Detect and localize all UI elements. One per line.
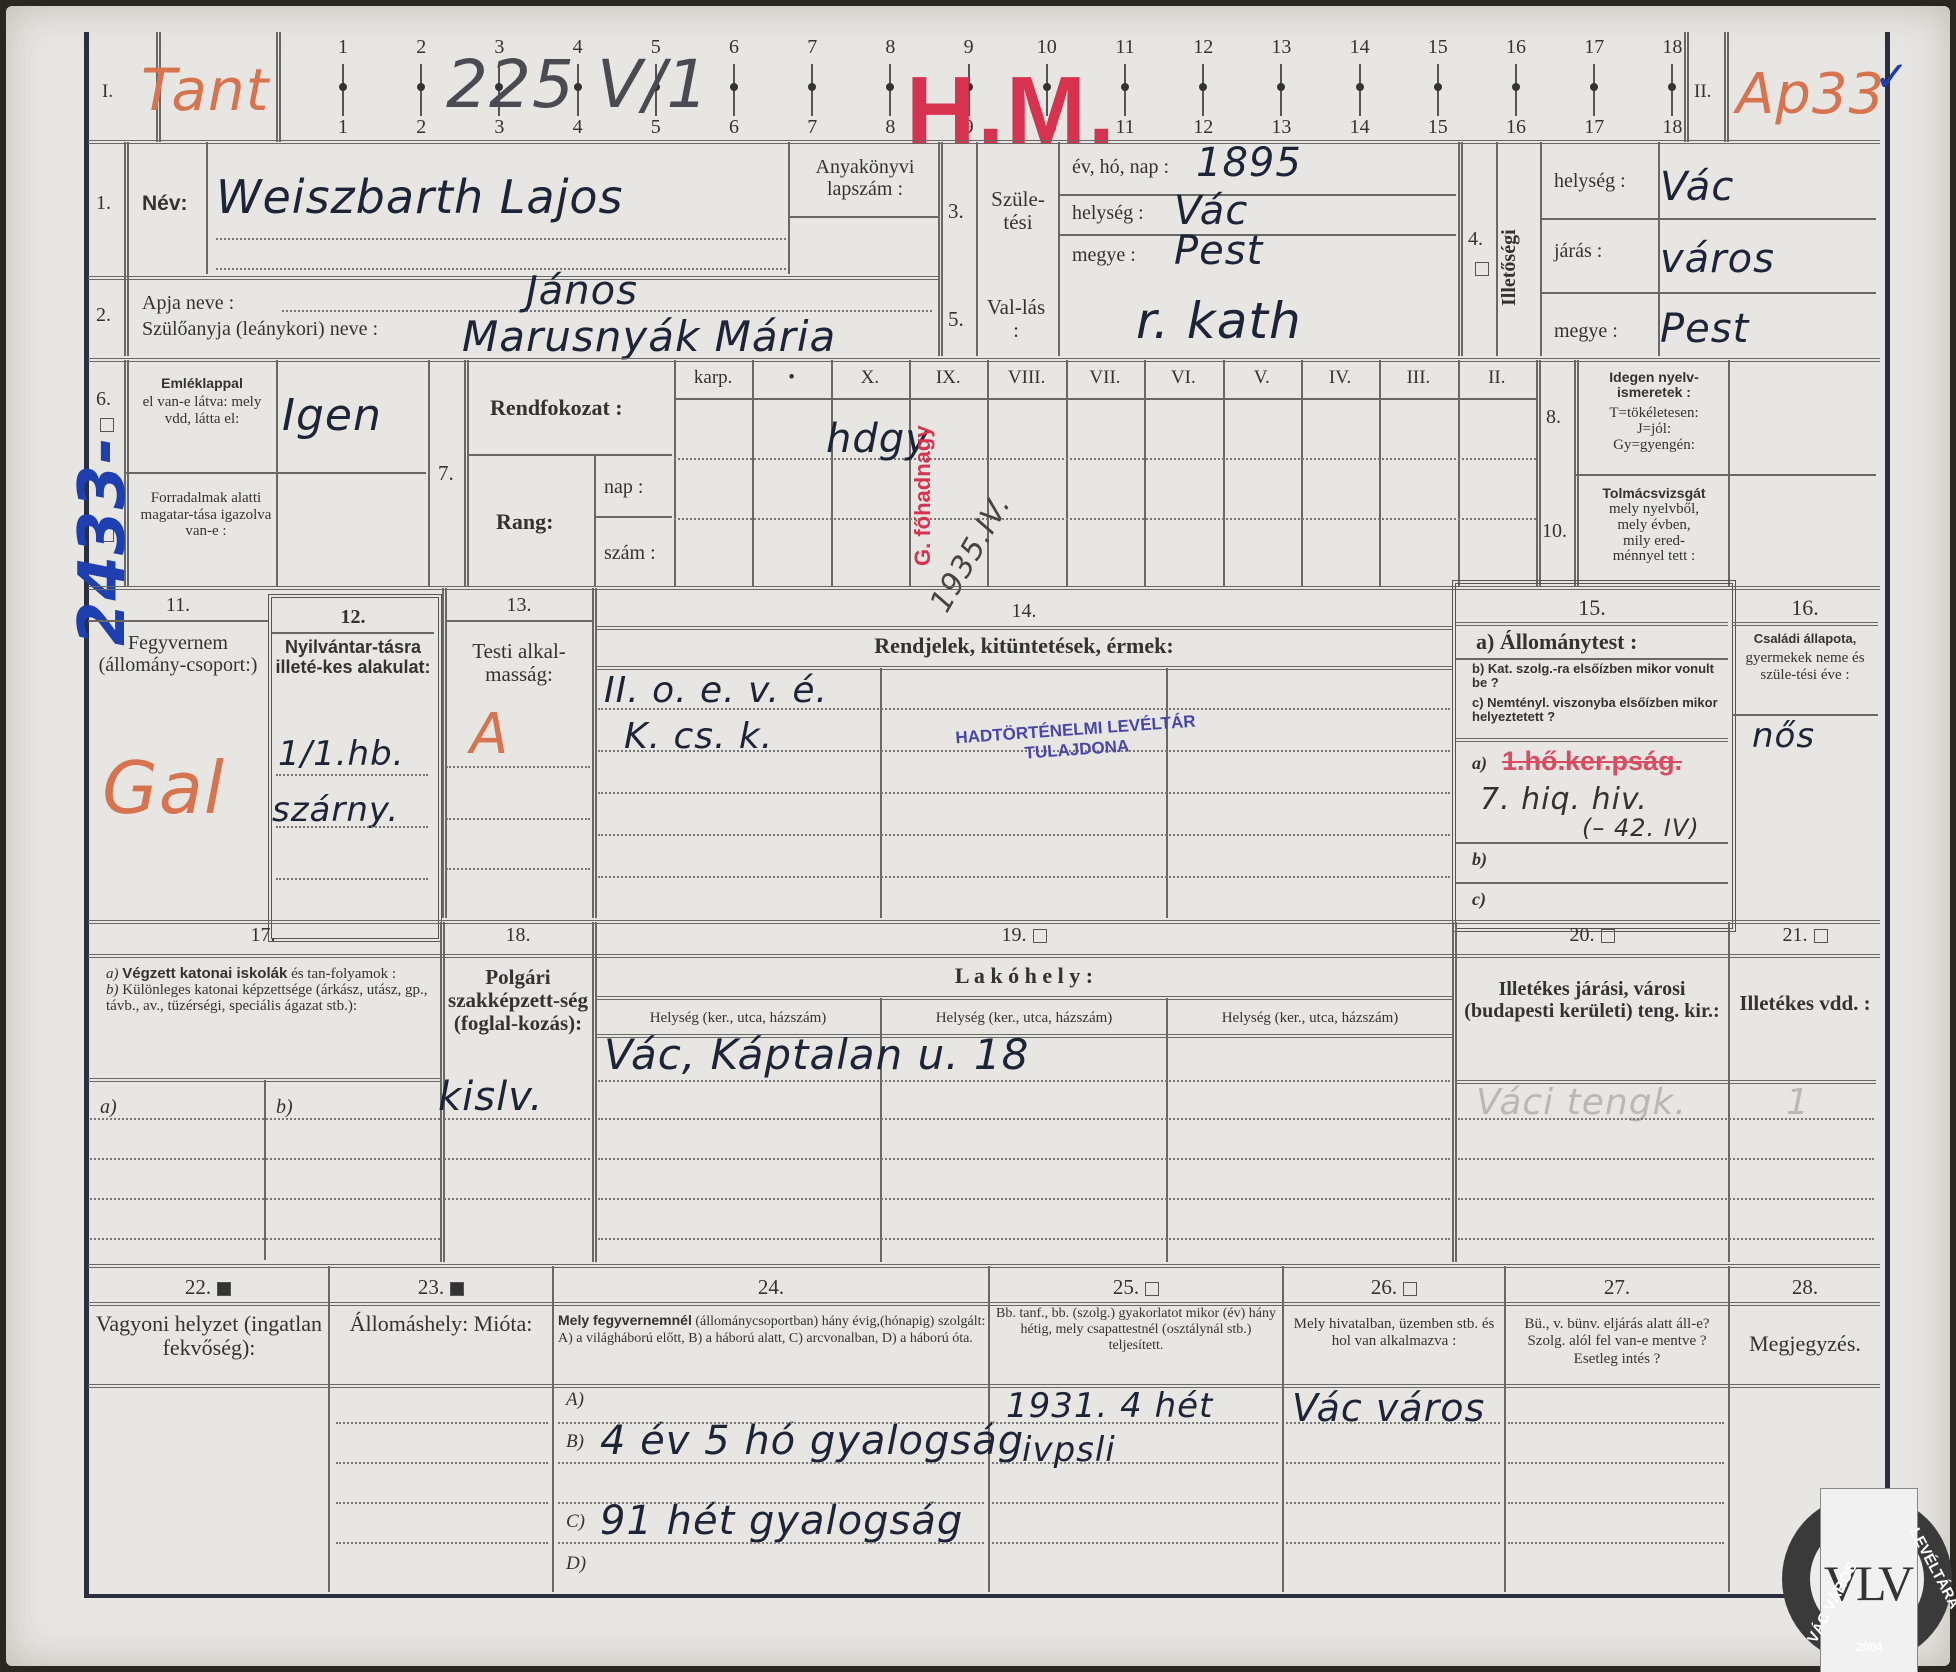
allomanytest-value-2[interactable]: (– 42. IV) [1582,814,1700,842]
sec12-num: 12. [272,606,434,628]
grade-column-label: karp. [674,368,752,389]
vagyoni-label: Vagyoni helyzet (ingatlan fekvőség): [94,1312,324,1360]
logo-year: 2004 [1856,1640,1883,1654]
csaladi-label-bold: Családi állapota, [1730,632,1880,646]
bb-tanf-value-1[interactable]: 1931. 4 hét [1006,1386,1213,1426]
language-title: Idegen nyelv-ismeretek : [1580,370,1728,401]
grade-column-line [1144,360,1146,586]
sec24-num: 24. [554,1276,988,1299]
allomashely-label: Állomáshely: Mióta: [336,1312,546,1336]
fegyvernem-value[interactable]: Gal [102,746,225,830]
grade-column-line [674,360,676,586]
sec10-num: 10. [1542,520,1567,542]
sec27-label: Bü., v. bünv. eljárás alatt áll-e? Szolg… [1508,1316,1726,1368]
sec21-num: 21. [1732,924,1878,946]
sec4-checkbox[interactable] [1475,262,1489,276]
sec1-num: 1. [96,192,111,214]
interpreter-line: mely évben, [1580,518,1728,534]
grade-column-label: • [752,368,830,389]
sec23-checkbox[interactable] [450,1282,464,1296]
rang-szam-label: szám : [604,542,656,564]
sec20-num: 20. [1456,924,1728,946]
domicile-district-value[interactable]: város [1660,236,1775,282]
emleklap-label-bold: Emléklappal [130,376,274,391]
handwritten-record-number: 225 V/1 [446,46,709,123]
teng-kir-value[interactable]: Váci tengk. [1476,1082,1687,1123]
service-row-label: D) [566,1554,586,1575]
sec15-c-marker: c) [1472,890,1486,910]
grade-column-line [1223,360,1225,586]
vac-archive-logo: VLV VÁC VÁROS LEVÉLTÁRA 2004 [1782,1494,1952,1664]
domicile-county-label: megye : [1554,320,1618,342]
name-label: Név: [142,192,188,215]
address-col-1: Helység (ker., utca, házszám) [596,1010,880,1027]
nyilvantartas-value-1[interactable]: 1/1.hb. [278,734,404,774]
sec26-label: Mely hivatalban, üzemben stb. és hol van… [1286,1316,1502,1351]
column-tick: 77 [799,36,825,59]
column-tick: 1212 [1190,36,1216,59]
sec26-num: 26. [1284,1276,1504,1299]
rang-nap-label: nap : [604,476,643,498]
rendfokozat-label: Rendfokozat : [490,396,623,420]
sec17-b-label: Különleges katonai képzettsége (árkász, … [106,982,428,1014]
column-tick: 1515 [1425,36,1451,59]
polgari-value[interactable]: kislv. [438,1074,543,1120]
grade-column-label: II. [1458,368,1536,389]
row-i-label: I. [102,82,113,103]
decoration-2[interactable]: K. cs. k. [624,716,773,757]
address-value[interactable]: Vác, Káptalan u. 18 [604,1030,1029,1079]
column-tick: 1313 [1268,36,1294,59]
grade-column-label: VI. [1144,368,1222,389]
forradalmak-label: Forradalmak alatti magatar-tása igazolva… [136,490,276,540]
csaladi-value[interactable]: nős [1752,716,1815,756]
sec24-label: Mely fegyvernemnél (állománycsoportban) … [558,1312,986,1348]
bb-tanf-value-2[interactable]: ivpsli [1022,1430,1116,1470]
sec15-a-marker: a) [1472,754,1487,774]
grade-column-label: IX. [909,368,987,389]
sec22-num-text: 22. [185,1275,211,1299]
interpreter-line: ménnyel tett : [1580,549,1728,565]
testi-value[interactable]: A [470,702,509,767]
domicile-place-label: helység : [1554,170,1626,192]
birth-county-label: megye : [1072,244,1136,266]
sec4-num: 4. [1468,228,1483,250]
sec15-b-marker: b) [1472,850,1487,870]
sec6-num: 6. [96,388,111,410]
sec25-label: Bb. tanf., bb. (szolg.) gyakorlatot miko… [992,1306,1280,1354]
domicile-county-value[interactable]: Pest [1660,306,1749,352]
language-lines: T=tökéletesen: J=jól: Gy=gyengén: [1580,406,1728,453]
sec18-num: 18. [444,924,592,946]
language-line: T=tökéletesen: [1580,406,1728,422]
csaladi-label: gyermekek neme és szüle-tési éve : [1732,650,1878,683]
column-tick: 88 [877,36,903,59]
service-row-label: A) [566,1390,584,1411]
column-tick: 1616 [1503,36,1529,59]
sec22-num: 22. [88,1276,328,1299]
service-row-label: B) [566,1432,584,1453]
sec13-num: 13. [446,594,592,616]
father-label: Apja neve : [142,292,234,314]
religion-label: Val-lás : [986,296,1046,342]
sec21-num-text: 21. [1783,924,1808,946]
sec19-num: 19. [596,924,1452,946]
sec23-num-text: 23. [418,1275,444,1299]
interpreter-line: mily ered- [1580,534,1728,550]
illetosegi-label: Illetőségi [1498,266,1520,306]
sec6-checkbox[interactable] [100,418,114,432]
domicile-district-label: járás : [1554,240,1602,262]
allomanytest-label: a) Állománytest : [1476,630,1637,654]
polgari-label: Polgári szakképzett-ség (foglal-kozás): [444,966,592,1035]
service-row-value[interactable]: 4 év 5 hó gyalogság [600,1418,1024,1464]
sec19-num-text: 19. [1002,924,1027,946]
birth-date-value[interactable]: 1895 [1196,140,1302,186]
sec27-num: 27. [1506,1276,1728,1299]
sec11-num: 11. [88,594,268,616]
column-tick: 1717 [1581,36,1607,59]
sec24-label-bold: Mely fegyvernemnél [558,1312,692,1328]
sec17-col-b: b) [276,1096,293,1118]
grade-column-label: VIII. [987,368,1065,389]
grade-column-line [1301,360,1303,586]
sec14-num: 14. [596,600,1452,622]
sec21-checkbox[interactable] [1814,929,1828,943]
column-tick: 22 [408,36,434,59]
rendjelek-label: Rendjelek, kitüntetések, érmek: [596,634,1452,658]
sec28-num: 28. [1730,1276,1880,1299]
sec17-col-a: a) [100,1096,117,1118]
sec22-checkbox[interactable] [217,1282,231,1296]
fegyvernem-label: Fegyvernem (állomány-csoport:) [88,632,268,676]
language-line: Gy=gyengén: [1580,438,1728,454]
birth-date-label: év, hó, nap : [1072,156,1169,178]
column-tick: 66 [721,36,747,59]
mother-label: Szülőanyja (leánykori) neve : [142,318,378,340]
grade-column-label: V. [1223,368,1301,389]
interpreter-lines: mely nyelvből, mely évben, mily ered- mé… [1580,502,1728,565]
check-mark: ✓ [1874,52,1910,101]
sec25-num: 25. [990,1276,1282,1299]
grade-column-label: III. [1379,368,1457,389]
sec7-num: 7. [438,462,454,485]
column-tick: 1818 [1659,36,1685,59]
sec5-num: 5. [948,308,964,331]
testi-label: Testi alkal-masság: [446,640,592,686]
father-value[interactable]: János [526,268,638,314]
nyilvantartas-value-2[interactable]: szárny. [272,790,399,830]
military-record-card: I. 1122334455667788991010111112121313141… [6,6,1950,1666]
nyilvantartas-label: Nyilvántar-tásra illeté-kes alakulat: [272,638,434,678]
sec26-num-text: 26. [1371,1275,1397,1299]
interpreter-line: mely nyelvből, [1580,502,1728,518]
interpreter-title: Tolmácsvizsgát [1580,486,1728,501]
sec17-a-bold: Végzett katonai iskolák [122,965,287,982]
birth-place-label: helység : [1072,202,1144,224]
rang-label: Rang: [496,510,553,534]
sec17-a-rest: és tan-folyamok : [291,966,396,982]
sec25-checkbox[interactable] [1145,1282,1159,1296]
row-ii-label: II. [1694,82,1711,103]
religion-value[interactable]: r. kath [1136,292,1302,350]
sec26-checkbox[interactable] [1403,1282,1417,1296]
anyakonyvi-label: Anyakönyvi lapszám : [790,156,940,200]
domicile-place-value[interactable]: Vác [1660,164,1734,210]
name-value[interactable]: Weiszbarth Lajos [216,170,624,224]
employer-value[interactable]: Vác város [1292,1386,1485,1430]
column-tick: 11 [330,36,356,59]
sec20-checkbox[interactable] [1601,929,1615,943]
rank-stamp: G. főhadnagy [910,425,936,566]
sec15-num: 15. [1456,596,1728,620]
sec17-num: 17. [88,924,438,946]
service-row-value[interactable]: 91 hét gyalogság [600,1498,963,1544]
grade-column-label: IV. [1301,368,1379,389]
grade-column-line [1066,360,1068,586]
sec8-num: 8. [1546,406,1561,428]
megjegyzes-label: Megjegyzés. [1732,1332,1878,1356]
service-row-label: C) [566,1512,585,1533]
mother-value[interactable]: Marusnyák Mária [462,312,836,361]
grade-column-label: X. [831,368,909,389]
grade-column-line [752,360,754,586]
address-col-3: Helység (ker., utca, házszám) [1168,1010,1452,1027]
language-line: J=jól: [1580,422,1728,438]
handwritten-top-right: Ap33 [1736,62,1885,127]
handwritten-top-left: Tant [141,56,269,124]
column-tick: 1414 [1347,36,1373,59]
grade-column-label: VII. [1066,368,1144,389]
lakohely-label: L a k ó h e l y : [596,964,1452,988]
sec15-c-label: c) Nemtényl. viszonyba elsőízben mikor h… [1472,696,1722,725]
sec19-checkbox[interactable] [1033,929,1047,943]
sec25-num-text: 25. [1113,1275,1139,1299]
sec3-num: 3. [948,200,964,223]
grade-column-line [1458,360,1460,586]
birth-county-value[interactable]: Pest [1174,228,1263,274]
illetekes-vdd-label: Illetékes vdd. : [1732,992,1878,1015]
sec15-b-label: b) Kat. szolg.-ra elsőízben mikor vonult… [1472,662,1722,691]
teng-kir-label: Illetékes járási, városi (budapesti kerü… [1458,978,1726,1022]
sec17-label: a) Végzett katonai iskolák és tan-folyam… [106,966,436,1014]
emleklap-value[interactable]: Igen [282,390,382,441]
sec16-num: 16. [1732,596,1878,620]
sec20-num-text: 20. [1570,924,1595,946]
szuletesi-label: Szüle-tési [978,188,1058,234]
allomanytest-value[interactable]: 7. hiq. hiv. [1480,782,1648,817]
allomanytest-stamp: 1.hő.ker.pság. [1502,746,1682,777]
grade-column-line [1379,360,1381,586]
sec2-num: 2. [96,304,111,326]
address-col-2: Helység (ker., utca, házszám) [882,1010,1166,1027]
grade-column-line [831,360,833,586]
decoration-1[interactable]: II. o. e. v. é. [604,670,828,711]
illetekes-vdd-value[interactable]: 1 [1786,1082,1810,1123]
emleklap-label: el van-e látva: mely vdd, látta el: [130,394,274,427]
sec23-num: 23. [330,1276,552,1299]
